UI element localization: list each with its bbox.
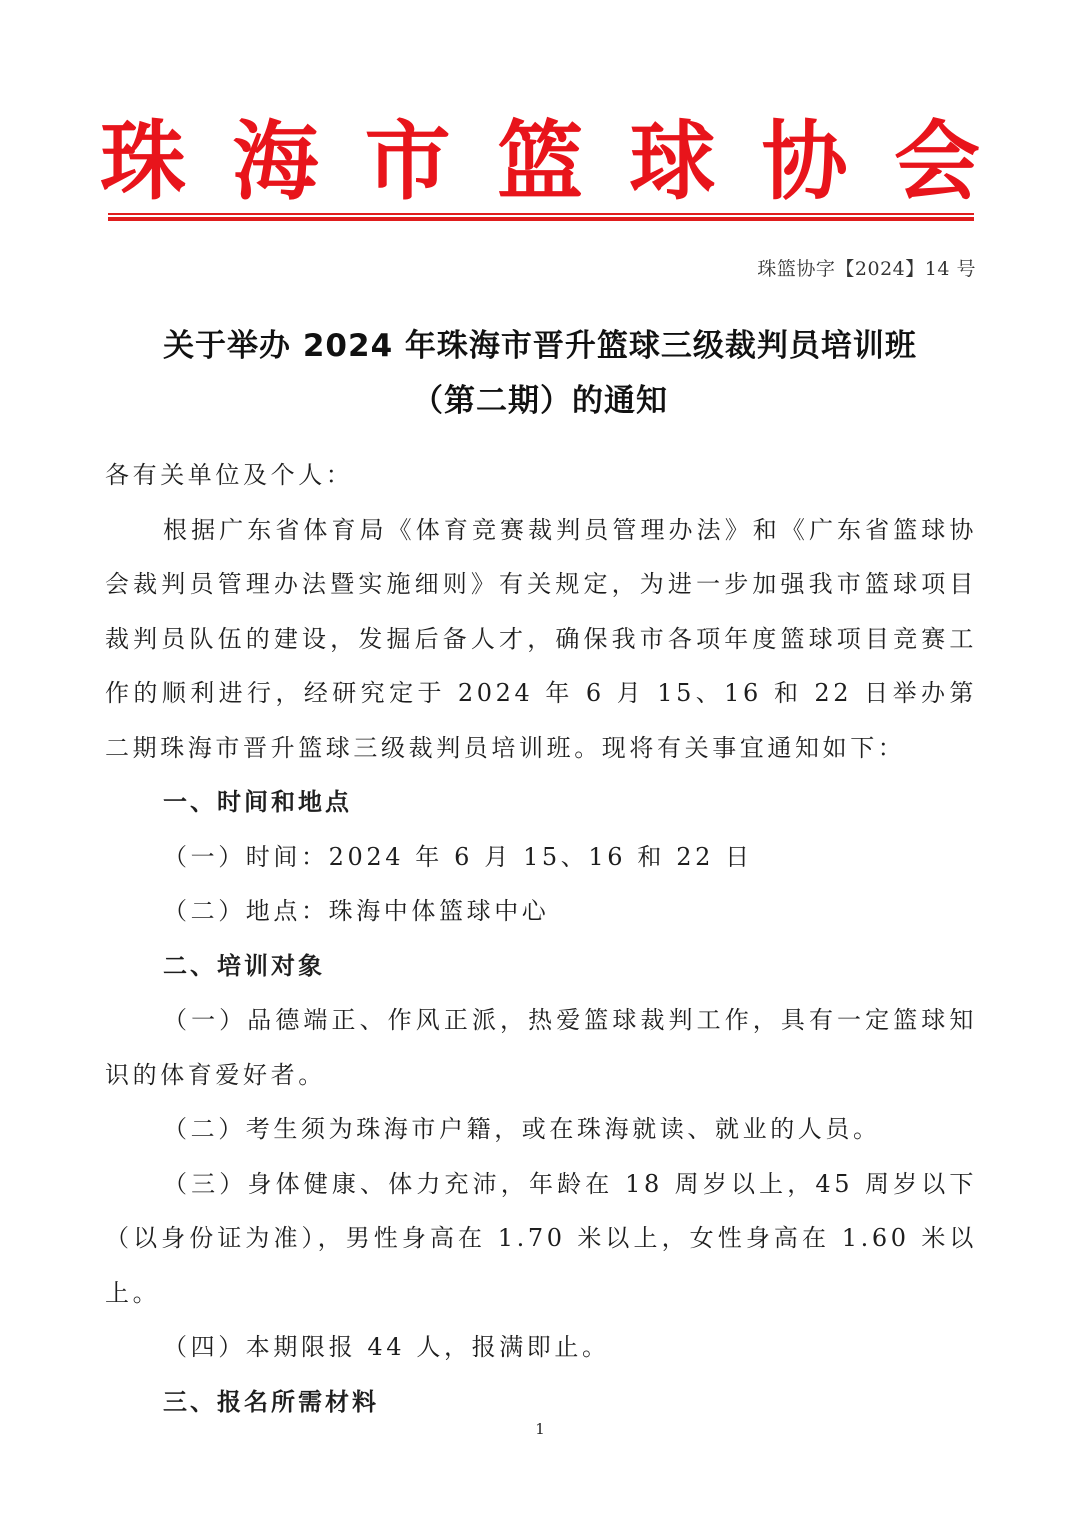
document-title-line-1: 关于举办 2024 年珠海市晋升篮球三级裁判员培训班 <box>100 320 980 365</box>
masthead-divider-thick <box>108 217 974 221</box>
masthead-char: 海 <box>232 119 318 205</box>
section-heading-trainees: 二、培训对象 <box>105 939 977 994</box>
section-heading-time-place: 一、时间和地点 <box>105 775 977 830</box>
document-title-line-2: （第二期）的通知 <box>100 375 980 420</box>
org-masthead: 珠 海 市 篮 球 协 会 <box>100 112 980 212</box>
masthead-char: 协 <box>762 119 848 205</box>
page-number: 1 <box>0 1420 1080 1438</box>
section-item: （一）品德端正、作风正派，热爱篮球裁判工作，具有一定篮球知识的体育爱好者。 <box>105 993 977 1102</box>
section-item: （四）本期限报 44 人，报满即止。 <box>105 1320 977 1375</box>
masthead-char: 篮 <box>497 119 583 205</box>
masthead-char: 珠 <box>100 119 186 205</box>
intro-paragraph: 根据广东省体育局《体育竞赛裁判员管理办法》和《广东省篮球协会裁判员管理办法暨实施… <box>105 503 977 776</box>
section-item: （三）身体健康、体力充沛，年龄在 18 周岁以上，45 周岁以下（以身份证为准）… <box>105 1157 977 1321</box>
section-item: （一）时间：2024 年 6 月 15、16 和 22 日 <box>105 830 977 885</box>
masthead-divider-thin <box>108 213 974 215</box>
salutation: 各有关单位及个人： <box>105 448 977 503</box>
document-number: 珠篮协字【2024】14 号 <box>757 254 976 281</box>
section-item: （二）考生须为珠海市户籍，或在珠海就读、就业的人员。 <box>105 1102 977 1157</box>
masthead-char: 市 <box>365 119 451 205</box>
document-body: 各有关单位及个人： 根据广东省体育局《体育竞赛裁判员管理办法》和《广东省篮球协会… <box>105 448 977 1429</box>
masthead-char: 球 <box>629 119 715 205</box>
masthead-char: 会 <box>894 119 980 205</box>
section-item: （二）地点：珠海中体篮球中心 <box>105 884 977 939</box>
